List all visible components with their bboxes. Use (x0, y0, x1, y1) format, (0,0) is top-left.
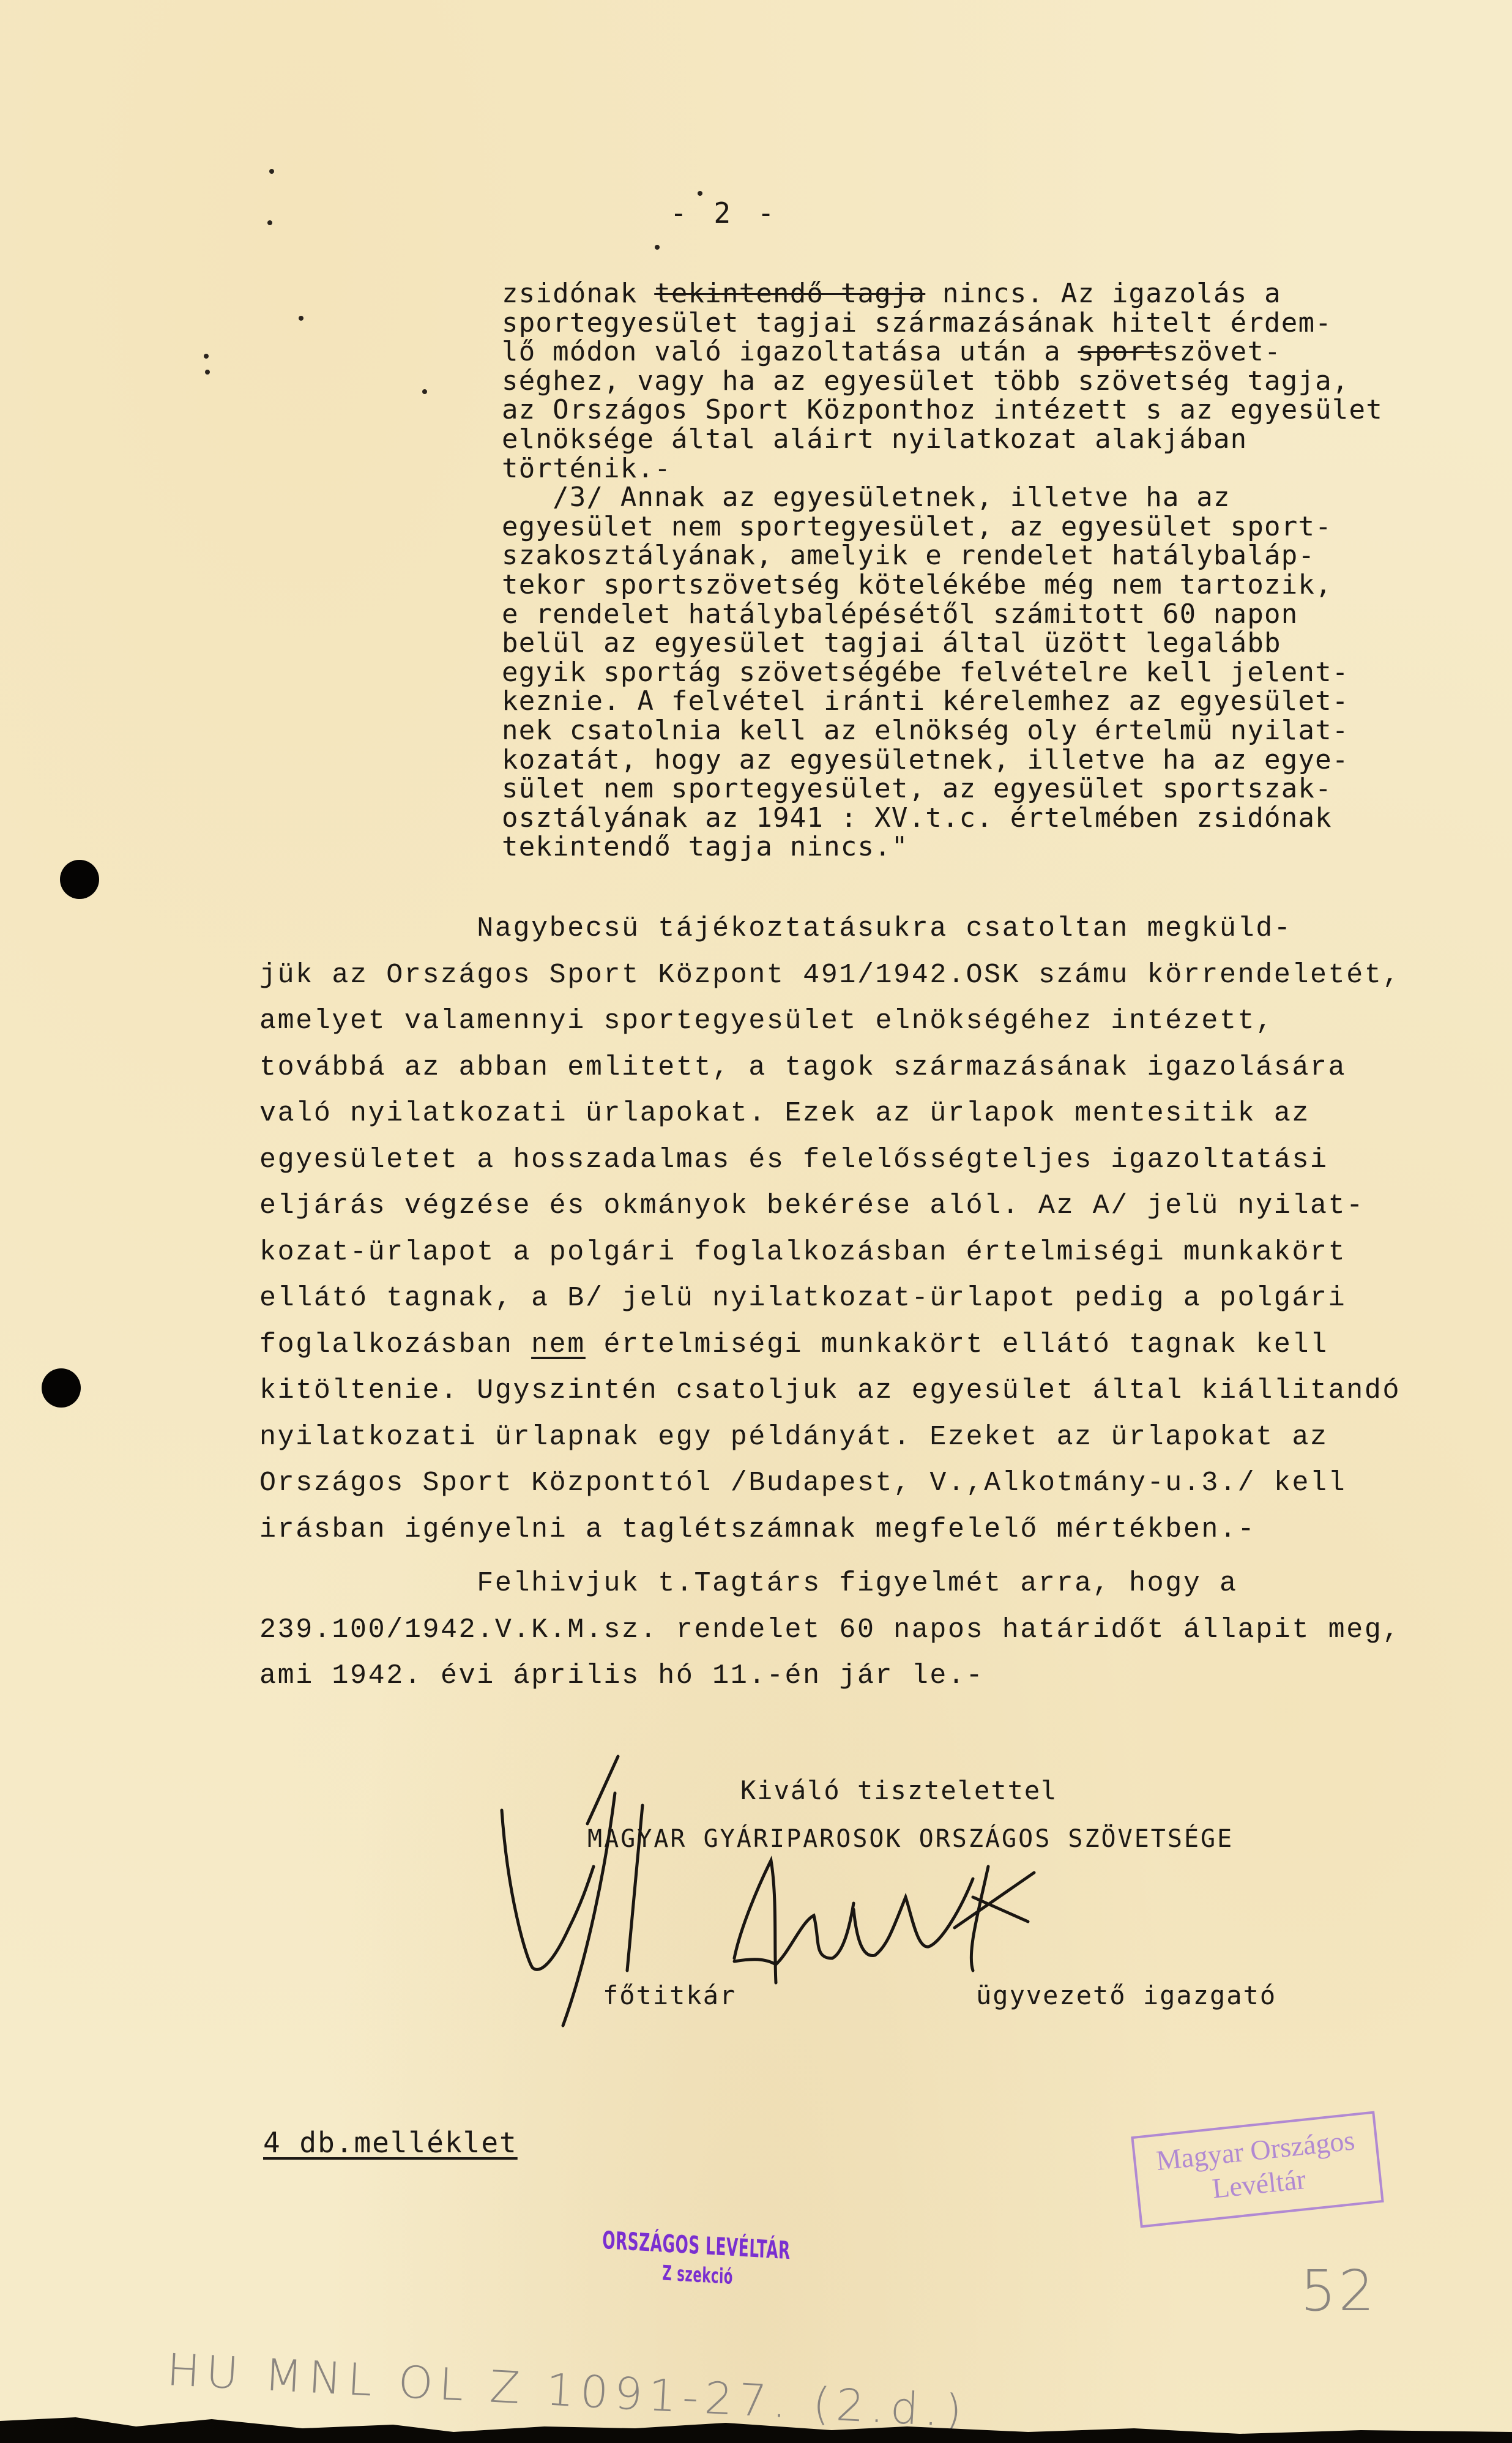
quoted-line: séghez, vagy ha az egyesület több szövet… (502, 368, 1349, 395)
body-line: irásban igényelni a taglétszámnak megfel… (259, 1516, 1256, 1543)
quoted-line: nek csatolnia kell az elnökség oly értel… (502, 717, 1349, 744)
archive-stamp: Magyar Országos Levéltár (1131, 2111, 1384, 2228)
quoted-line: lő módon való igazoltatása után a sports… (502, 338, 1281, 365)
quoted-line: tekor sportszövetség kötelékébe még nem … (502, 572, 1332, 599)
quoted-line: egyesület nem sportegyesület, az egyesül… (502, 513, 1332, 540)
body-line: nyilatkozati ürlapnak egy példányát. Eze… (259, 1423, 1328, 1451)
ink-speck (655, 245, 660, 250)
quoted-line: tekintendő tagja nincs." (502, 834, 909, 860)
body-line: egyesületet a hosszadalmas és felelősség… (259, 1146, 1328, 1174)
folio-number: 52 (1300, 2258, 1377, 2324)
ink-speck (267, 220, 272, 225)
body-line: foglalkozásban nem értelmiségi munkakört… (259, 1331, 1328, 1359)
quoted-line: egyik sportág szövetségébe felvételre ke… (502, 659, 1349, 686)
ink-speck (205, 370, 210, 375)
signatory-left-title: főtitkár (603, 1983, 736, 2008)
quoted-line: az Országos Sport Központhoz intézett s … (502, 397, 1383, 423)
struck-text: tekintendő tagja (654, 278, 925, 309)
body-line: eljárás végzése és okmányok bekérése aló… (259, 1192, 1365, 1220)
enclosure-note: 4 db.melléklet (263, 2128, 518, 2157)
ink-speck (698, 191, 702, 196)
organization-name: MAGYAR GYÁRIPAROSOK ORSZÁGOS SZÖVETSÉGE (587, 1827, 1234, 1851)
quoted-line: belül az egyesület tagjai által üzött le… (502, 630, 1281, 657)
underlined-emphasis: nem (531, 1329, 586, 1360)
body-line: való nyilatkozati ürlapokat. Ezek az ürl… (259, 1100, 1310, 1127)
page-number: - 2 - (670, 199, 779, 227)
quoted-line: keznie. A felvétel iránti kérelemhez az … (502, 688, 1349, 715)
body-line: 239.100/1942.V.K.M.sz. rendelet 60 napos… (259, 1616, 1401, 1644)
body-line: Felhivjuk t.Tagtárs figyelmét arra, hogy… (259, 1570, 1238, 1597)
body-line: ellátó tagnak, a B/ jelü nyilatkozat-ürl… (259, 1285, 1346, 1312)
ink-speck (299, 316, 304, 321)
punch-hole-lower (42, 1368, 81, 1408)
section-stamp: ORSZÁGOS LEVÉLTÁR Z szekció (601, 2225, 791, 2294)
body-line: kitöltenie. Ugyszintén csatoljuk az egye… (259, 1377, 1401, 1404)
body-line: amelyet valamennyi sportegyesület elnöks… (259, 1007, 1274, 1035)
quoted-line: e rendelet hatálybalépésétől számitott 6… (502, 601, 1298, 628)
ink-speck (269, 169, 274, 174)
body-line: Nagybecsü tájékoztatásukra csatoltan meg… (259, 915, 1292, 942)
ink-speck (204, 354, 209, 359)
document-page: - 2 - zsidónak tekintendő tagja nincs. A… (0, 0, 1512, 2443)
quoted-line: történik.- (502, 455, 671, 482)
quoted-line: kozatát, hogy az egyesületnek, illetve h… (502, 747, 1349, 774)
quoted-line: sportegyesület tagjai származásának hite… (502, 310, 1332, 337)
body-line: Országos Sport Központtól /Budapest, V.,… (259, 1469, 1346, 1497)
signatory-right-title: ügyvezető igazgató (976, 1983, 1276, 2008)
quoted-line: szakosztályának, amelyik e rendelet hatá… (502, 542, 1315, 569)
ink-speck (422, 389, 427, 394)
quoted-line: elnöksége által aláirt nyilatkozat alakj… (502, 426, 1247, 453)
archive-reference: HU MNL OL Z 1091-27. (2.d.) (166, 2344, 969, 2437)
struck-text: sport (1078, 336, 1162, 367)
body-line: kozat-ürlapot a polgári foglalkozásban é… (259, 1239, 1346, 1266)
quoted-line: /3/ Annak az egyesületnek, illetve ha az (502, 484, 1231, 511)
closing-greeting: Kiváló tisztelettel (740, 1778, 1057, 1803)
body-line: ami 1942. évi április hó 11.-én jár le.- (259, 1662, 984, 1690)
body-line: jük az Országos Sport Központ 491/1942.O… (259, 961, 1401, 989)
punch-hole-upper (60, 860, 99, 899)
quoted-line: zsidónak tekintendő tagja nincs. Az igaz… (502, 280, 1281, 307)
body-line: továbbá az abban emlitett, a tagok szárm… (259, 1054, 1346, 1081)
quoted-line: osztályának az 1941 : XV.t.c. értelmében… (502, 805, 1332, 832)
quoted-line: sület nem sportegyesület, az egyesület s… (502, 775, 1332, 802)
